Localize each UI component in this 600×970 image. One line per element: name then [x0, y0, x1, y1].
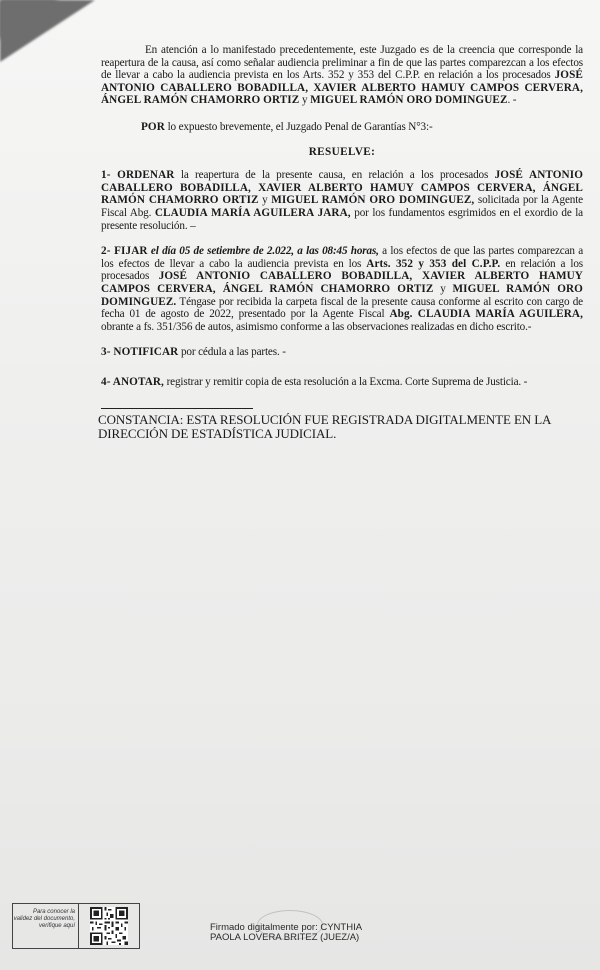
divider-line: [101, 408, 253, 409]
qr-code-icon[interactable]: [79, 904, 139, 948]
paragraph-por-lo-expuesto: POR lo expuesto brevemente, el Juzgado P…: [141, 121, 583, 134]
resuelve-heading: RESUELVE:: [101, 146, 583, 159]
paragraph-considerations: En atención a lo manifestado precedentem…: [101, 44, 583, 107]
resolution-item-2: 2- FIJAR el día 05 de setiembre de 2.022…: [101, 245, 583, 333]
resolution-item-4: 4- ANOTAR, registrar y remitir copia de …: [101, 376, 583, 389]
signature-line-2: PAOLA LOVERA BRITEZ (JUEZ/A): [210, 933, 362, 943]
resolution-item-3: 3- NOTIFICAR por cédula a las partes. -: [101, 346, 583, 359]
verification-box[interactable]: Para conocer la validez del documento, v…: [12, 903, 140, 949]
digital-signature: Firmado digitalmente por: CYNTHIA PAOLA …: [210, 923, 362, 942]
resolution-item-1: 1- ORDENAR la reapertura de la presente …: [101, 169, 583, 232]
page-fold-corner: [0, 0, 95, 62]
resolution-body: En atención a lo manifestado precedentem…: [101, 44, 583, 440]
qr-caption: Para conocer la validez del documento, v…: [13, 904, 79, 948]
constancia-note: CONSTANCIA: ESTA RESOLUCIÓN FUE REGISTRA…: [98, 413, 583, 440]
